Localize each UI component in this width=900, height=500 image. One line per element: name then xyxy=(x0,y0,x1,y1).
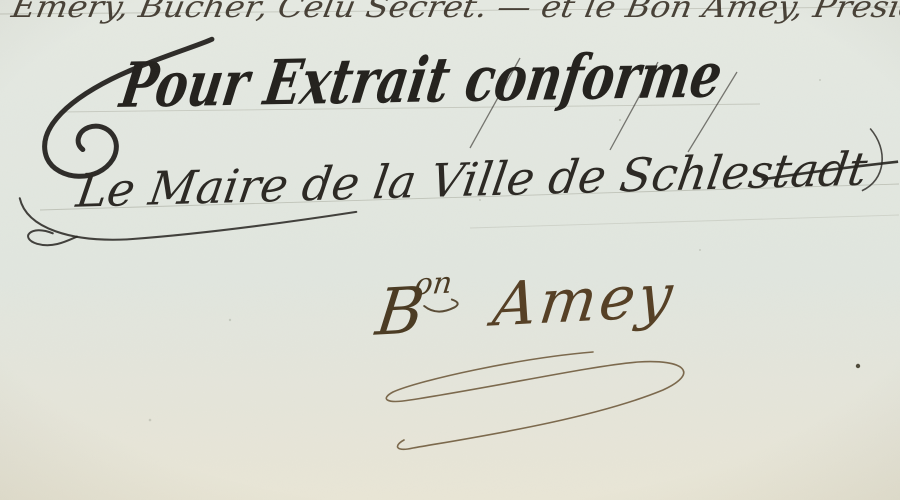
vignette-overlay xyxy=(0,0,900,500)
manuscript-canvas: , Emery, Bucher, Célu Secrét. — et le Bo… xyxy=(0,0,900,500)
manuscript-photo: , Emery, Bucher, Célu Secrét. — et le Bo… xyxy=(0,0,900,500)
